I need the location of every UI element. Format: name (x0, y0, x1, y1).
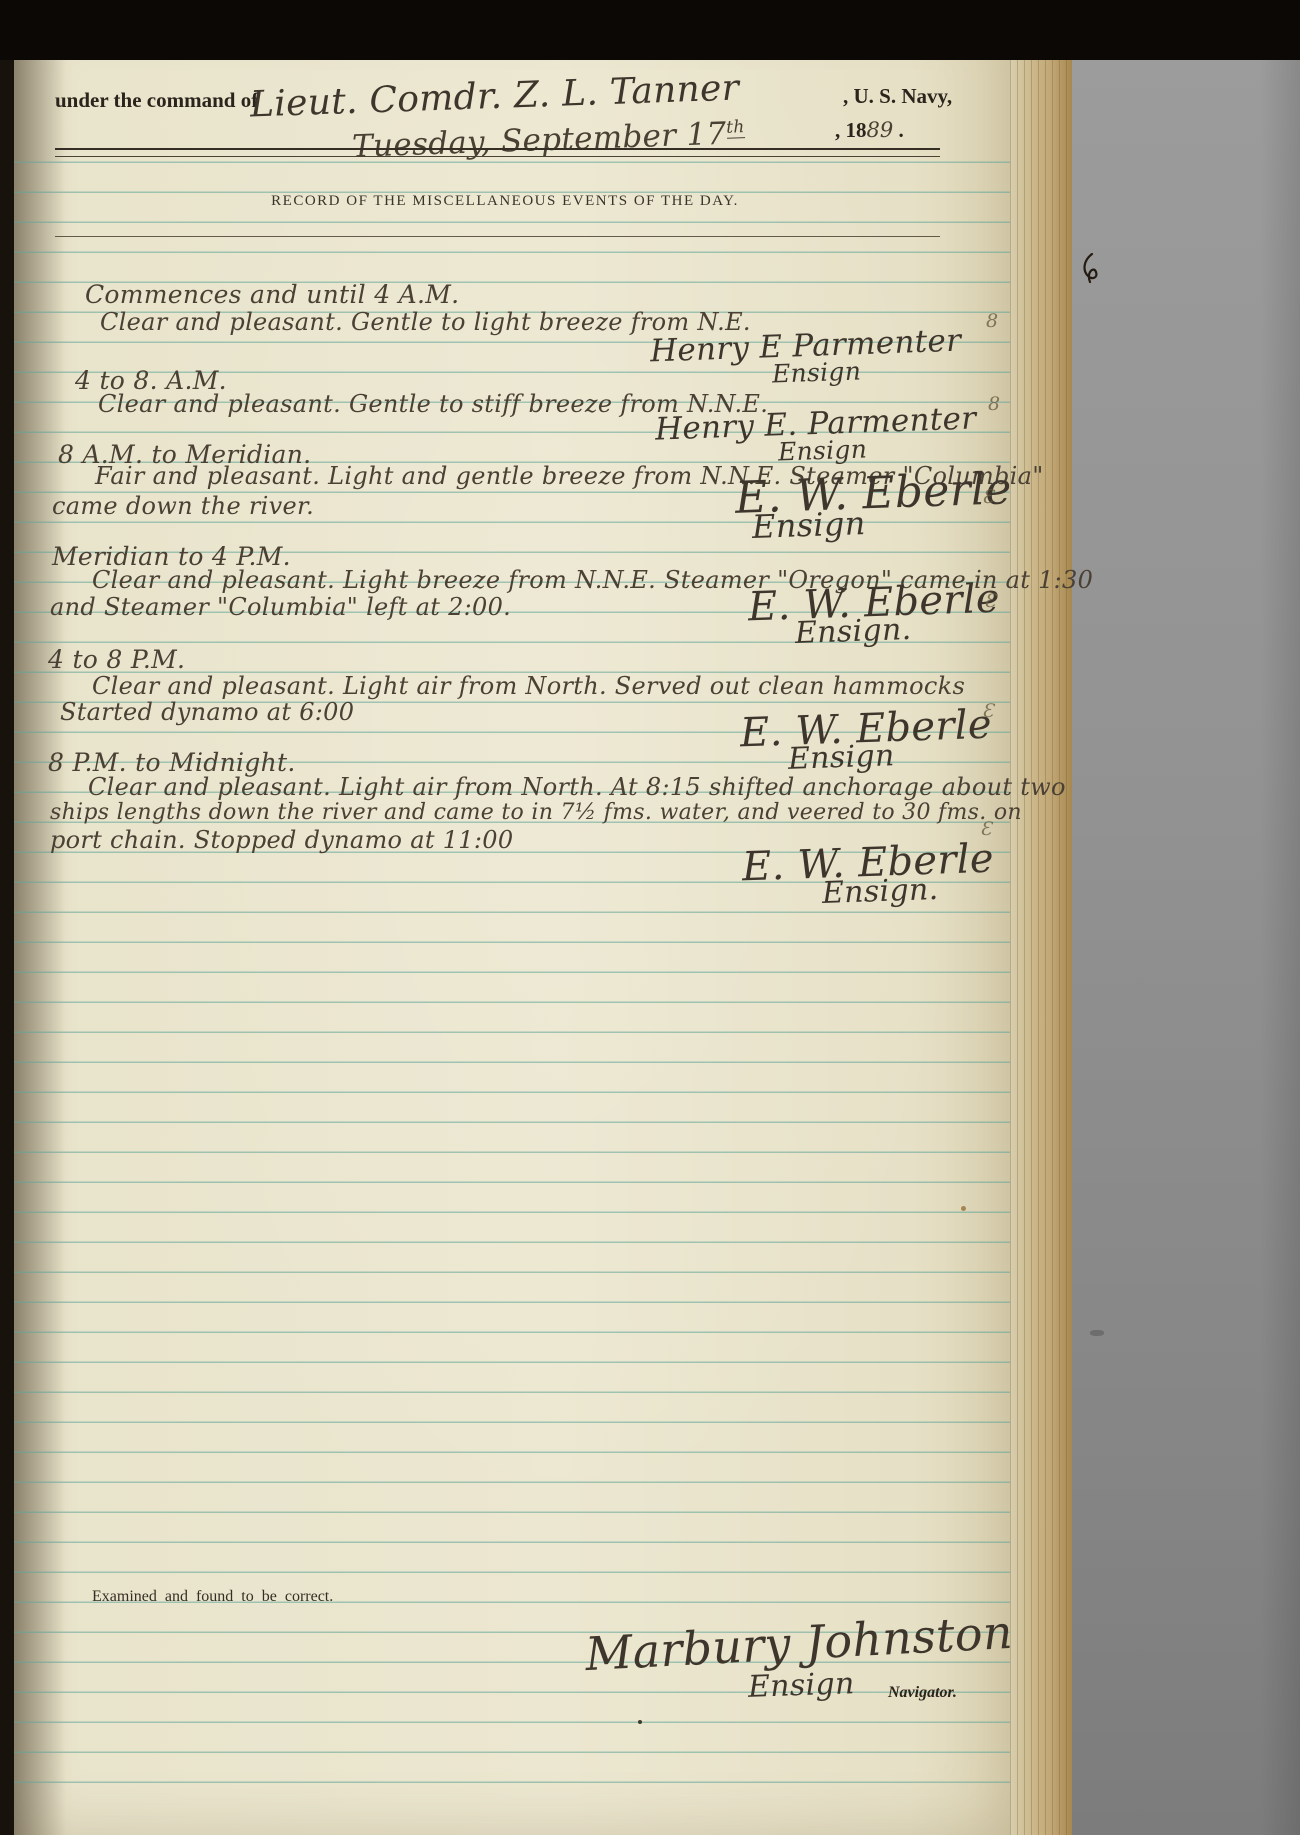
year-line: , 1889 . (835, 118, 904, 143)
watch-officer-rank: Ensign. (794, 612, 912, 651)
year-printed-prefix: , 18 (835, 118, 867, 142)
entry-heading: 4 to 8 P.M. (48, 645, 185, 674)
margin-mark: Ɛ (984, 590, 996, 612)
entry-line: Clear and pleasant. Light air from North… (92, 672, 965, 700)
margin-mark: 8 (988, 393, 1000, 415)
watch-officer-rank: Ensign (787, 738, 895, 777)
entry-line: Started dynamo at 6:00 (60, 698, 354, 726)
navigator-rank: Ensign (747, 1666, 855, 1705)
photo-blemish (1090, 1330, 1104, 1336)
entry-line: Clear and pleasant. Gentle to light bree… (100, 308, 751, 336)
section-title: RECORD OF THE MISCELLANEOUS EVENTS OF TH… (200, 193, 810, 210)
year-handwritten: 89 (867, 118, 894, 142)
header-single-rule (55, 236, 940, 237)
date-ordinal: th (726, 117, 745, 139)
entry-line: ships lengths down the river and came to… (50, 800, 1022, 825)
backdrop-shadow (1040, 30, 1300, 1835)
navigator-label: Navigator. (888, 1684, 957, 1702)
ink-dot (638, 1720, 642, 1724)
margin-mark: Ɛ (982, 700, 994, 722)
watch-officer-rank: Ensign. (821, 872, 939, 911)
entry-line: and Steamer "Columbia" left at 2:00. (50, 593, 511, 621)
logbook-photo: under the command of Lieut. Comdr. Z. L.… (0, 0, 1300, 1835)
margin-mark: Ɛ (982, 486, 994, 508)
paper-speck (961, 1206, 966, 1211)
ink-smudge-mark (1078, 252, 1104, 286)
entry-heading: Commences and until 4 A.M. (85, 280, 459, 309)
margin-mark: Ɛ (980, 818, 992, 840)
preprinted-us-navy-label: , U. S. Navy, (843, 84, 952, 109)
binding-edge (0, 0, 14, 1835)
header-double-rule (55, 148, 940, 157)
preprinted-command-label: under the command of (55, 88, 258, 113)
watch-officer-rank: Ensign (772, 356, 862, 388)
photo-frame-top (0, 0, 1300, 60)
page-edge-stack (1008, 14, 1072, 1835)
year-suffix: . (893, 118, 904, 142)
entry-line: Clear and pleasant. Light air from North… (88, 773, 1066, 801)
watch-officer-rank: Ensign (751, 504, 866, 546)
examined-statement: Examined and found to be correct. (92, 1588, 333, 1606)
entry-line: port chain. Stopped dynamo at 11:00 (50, 826, 513, 854)
margin-mark: 8 (986, 310, 998, 332)
entry-line: came down the river. (52, 492, 314, 520)
